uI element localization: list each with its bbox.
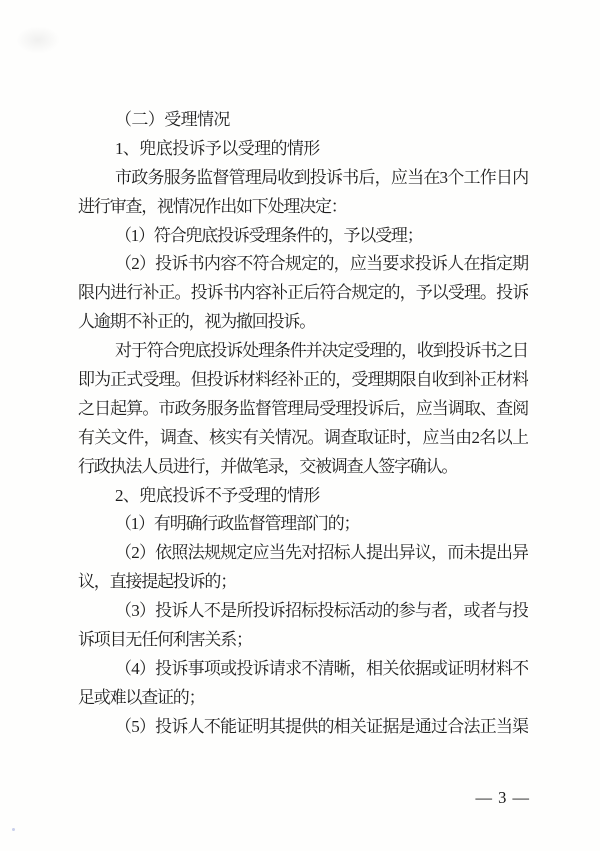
subheading-accepted-cases: 1、兜底投诉予以受理的情形 [78, 135, 528, 164]
text-line: （3）投诉人不是所投诉招标投标活动的参与者，或者与投 [78, 597, 528, 626]
text-line: 有关文件，调查、核实有关情况。调查取证时，应当由2名以上 [78, 424, 528, 453]
text-line: 诉项目无任何利害关系； [78, 626, 528, 655]
text-line: （2）投诉书内容不符合规定的，应当要求投诉人在指定期 [78, 250, 528, 279]
text-line: 足或难以查证的； [78, 684, 528, 713]
text-line: （1）有明确行政监督管理部门的； [78, 510, 528, 539]
text-line: 之日起算。市政务服务监督管理局受理投诉后，应当调取、查阅 [78, 395, 528, 424]
text-line: 对于符合兜底投诉处理条件并决定受理的，收到投诉书之日 [78, 337, 528, 366]
text-line: （4）投诉事项或投诉请求不清晰，相关依据或证明材料不 [78, 655, 528, 684]
text-line: （1）符合兜底投诉受理条件的，予以受理； [78, 222, 528, 251]
scan-artifact-smudge [16, 26, 60, 54]
text-line: 议，直接提起投诉的； [78, 568, 528, 597]
text-line: 行政执法人员进行，并做笔录，交被调查人签字确认。 [78, 453, 528, 482]
text-line: （2）依照法规规定应当先对招标人提出异议，而未提出异 [78, 539, 528, 568]
text-line: 进行审查，视情况作出如下处理决定： [78, 193, 528, 222]
text-line: 人逾期不补正的，视为撤回投诉。 [78, 308, 528, 337]
text-line: 市政务服务监督管理局收到投诉书后，应当在3个工作日内 [78, 164, 528, 193]
section-heading-acceptance: （二）受理情况 [78, 106, 528, 135]
subheading-rejected-cases: 2、兜底投诉不予受理的情形 [78, 482, 528, 511]
text-line: （5）投诉人不能证明其提供的相关证据是通过合法正当渠 [78, 713, 528, 742]
page-number: — 3 — [476, 788, 531, 808]
document-page: （二）受理情况 1、兜底投诉予以受理的情形 市政务服务监督管理局收到投诉书后，应… [0, 0, 600, 851]
document-body: （二）受理情况 1、兜底投诉予以受理的情形 市政务服务监督管理局收到投诉书后，应… [78, 106, 528, 742]
text-line: 即为正式受理。但投诉材料经补正的，受理期限自收到补正材料 [78, 366, 528, 395]
text-line: 限内进行补正。投诉书内容补正后符合规定的，予以受理。投诉 [78, 279, 528, 308]
scan-artifact-dot [12, 828, 15, 831]
